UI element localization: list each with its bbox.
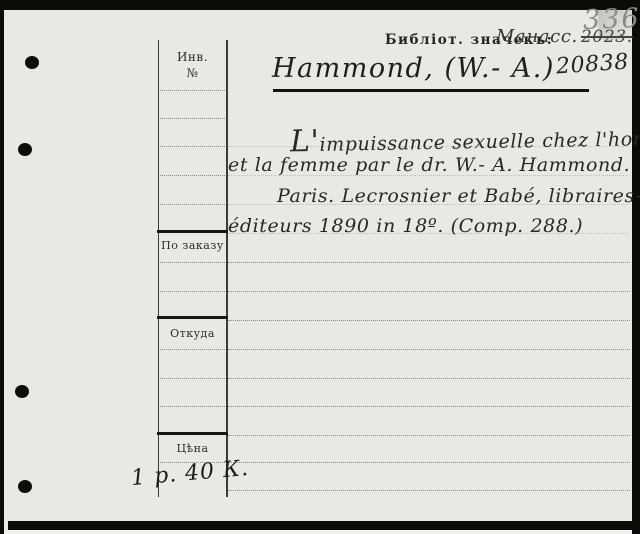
ruled-line <box>228 320 630 321</box>
ruled-line <box>228 490 630 491</box>
ruled-line <box>158 175 227 176</box>
ruled-line <box>158 349 227 350</box>
ruled-line <box>228 462 630 463</box>
library-mark-value: Манасс. <box>496 26 578 47</box>
author-underline <box>273 89 589 92</box>
price-value: 1 р. 40 К. <box>130 456 250 491</box>
ruled-line <box>158 90 227 91</box>
ruled-line <box>228 378 630 379</box>
scan-edge-bottom <box>8 521 632 530</box>
title-line-3: Paris. Lecrosnier et Babé, libraires- <box>277 185 640 207</box>
library-card-scan: Инв. № По заказу Откуда Цѣна 336 Библіот… <box>0 0 640 534</box>
column-right-border <box>226 40 228 497</box>
origin-label: Откуда <box>158 327 227 340</box>
column-divider <box>157 230 228 233</box>
scan-edge-right <box>632 0 640 534</box>
ruled-line <box>158 291 227 292</box>
crossed-out-number: 2023. <box>581 27 633 47</box>
punch-hole <box>25 56 39 69</box>
title-line-2: et la femme par le dr. W.- A. Hammond. <box>228 154 630 176</box>
punch-hole <box>15 385 29 398</box>
title-line-4: éditeurs 1890 in 18º. (Comp. 288.) <box>228 215 583 237</box>
order-label: По заказу <box>158 239 227 252</box>
ruled-line <box>228 349 630 350</box>
punch-hole <box>18 480 32 493</box>
column-left-border <box>158 40 159 497</box>
price-label: Цѣна <box>158 442 227 455</box>
inventory-number-label: Инв. <box>158 50 227 64</box>
scan-edge-left <box>0 0 4 534</box>
ruled-line <box>228 291 630 292</box>
ruled-line <box>228 262 630 263</box>
ruled-line <box>158 262 227 263</box>
ruled-line <box>158 118 227 119</box>
accession-number: 20838 <box>555 49 630 79</box>
ruled-line <box>228 406 630 407</box>
ruled-line <box>158 406 227 407</box>
column-divider <box>157 316 228 319</box>
inventory-number-symbol: № <box>158 66 227 80</box>
ruled-line <box>158 378 227 379</box>
ruled-line <box>158 146 227 147</box>
scan-edge-top <box>0 0 640 10</box>
scan-margin-bottom <box>4 530 632 534</box>
ruled-line <box>228 435 630 436</box>
ruled-line <box>158 204 227 205</box>
author-heading: Hammond, (W.- A.) <box>272 53 555 84</box>
column-divider <box>157 432 228 435</box>
punch-hole <box>18 143 32 156</box>
